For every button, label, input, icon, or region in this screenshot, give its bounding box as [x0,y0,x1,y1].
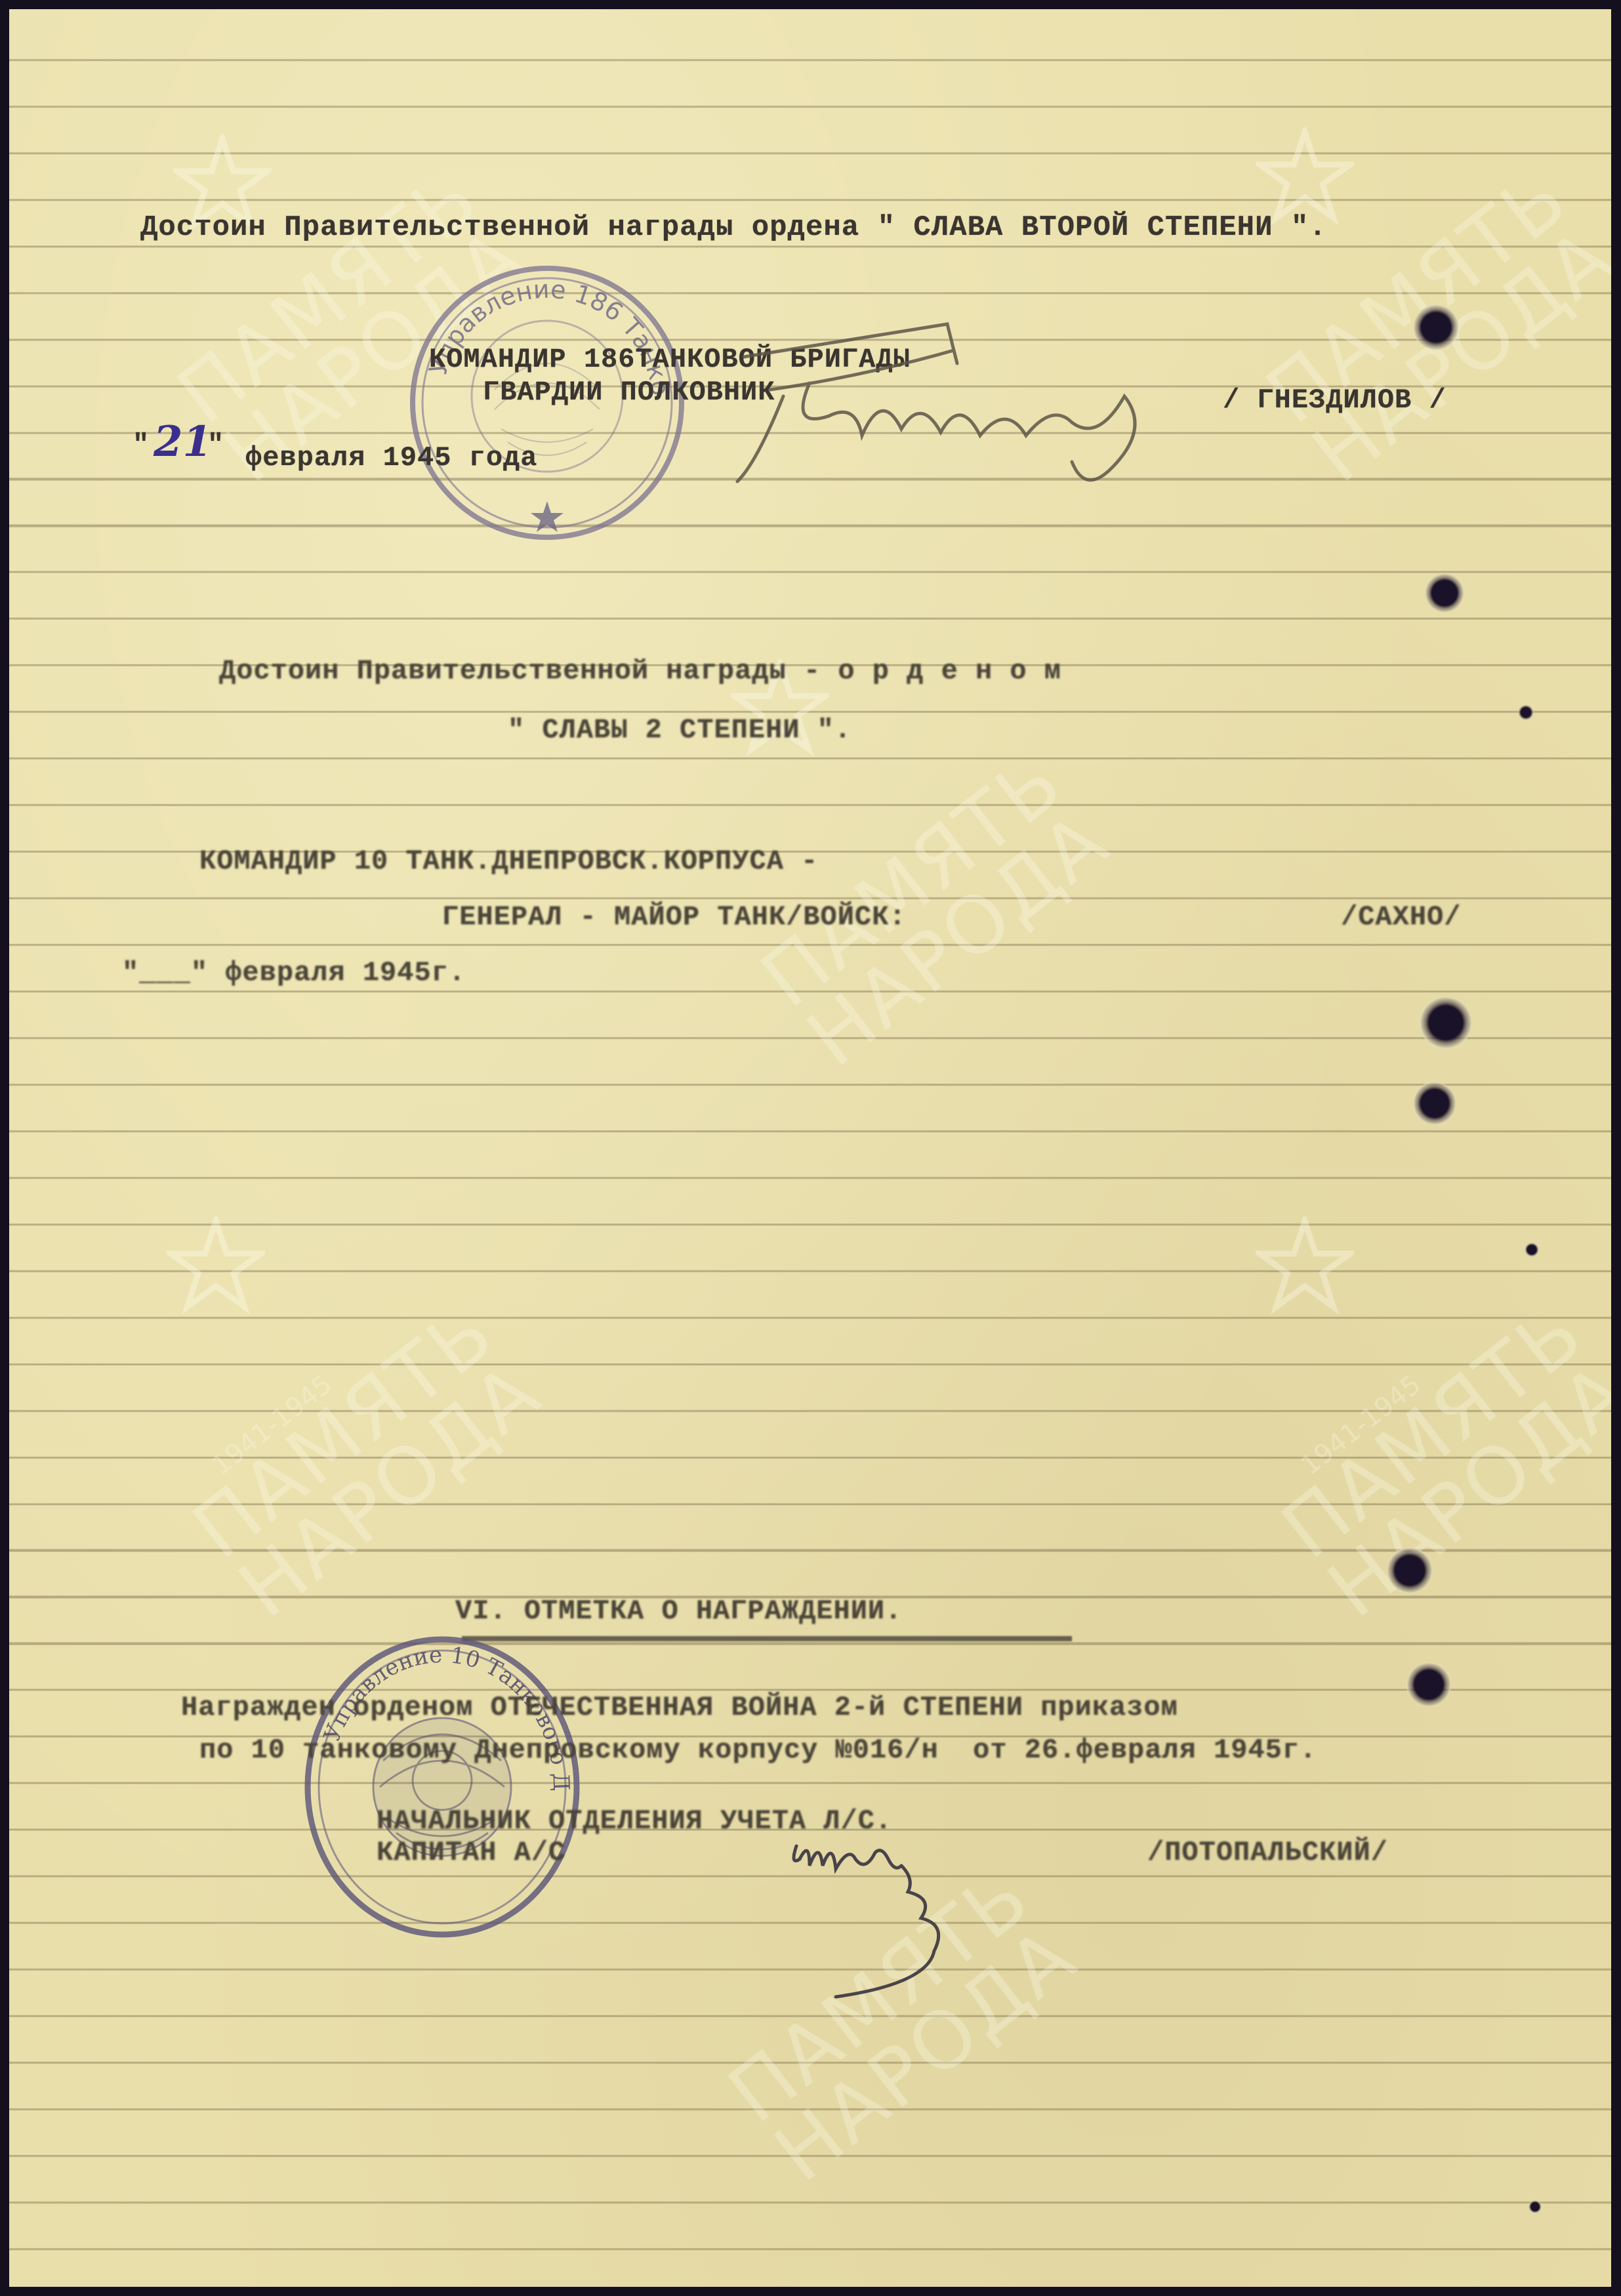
corps-recommendation-1: Достоин Правительственной награды - о р … [219,655,1061,687]
award-mark-heading-underline [462,1636,1072,1641]
punch-hole [1425,573,1464,613]
brigade-date-day: 21 [154,417,212,466]
watermark-star-icon [1256,1216,1354,1315]
corps-signer-title-1: КОМАНДИР 10 ТАНК.ДНЕПРОВСК.КОРПУСА - [199,846,818,877]
brigade-date-quote-close: " [207,429,224,461]
punch-hole [1529,2200,1542,2213]
punch-hole [1387,1548,1433,1593]
corps-signer-name: /САХНО/ [1341,901,1461,933]
brigade-commander-signature [731,311,1229,508]
award-mark-text-2: по 10 танковому Днепровскому корпусу №01… [199,1734,1317,1766]
punch-hole [1413,1082,1456,1125]
award-mark-signer-title-2: КАПИТАН А/С [377,1837,565,1868]
watermark-star-icon [167,1216,265,1315]
award-mark-text-1: Награжден орденом ОТЕЧЕСТВЕННАЯ ВОЙНА 2-… [181,1692,1178,1723]
punch-hole [1413,304,1459,350]
punch-hole [1406,1662,1451,1707]
punch-hole [1420,996,1472,1049]
brigade-date-quote-open: " [133,429,150,461]
award-mark-signer-name: /ПОТОПАЛЬСКИЙ/ [1147,1837,1388,1868]
watermark-mid-left: 1941-1945 ПАМЯТЬ НАРОДА [167,1274,552,1629]
award-mark-heading: VI. ОТМЕТКА О НАГРАЖДЕНИИ. [455,1595,902,1627]
brigade-recommendation: Достоин Правительственной награды ордена… [140,211,1327,244]
corps-date: "___" февраля 1945г. [122,957,466,989]
watermark-mid-right: 1941-1945 ПАМЯТЬ НАРОДА [1256,1274,1611,1629]
punch-hole [1525,1242,1539,1257]
punch-hole [1518,705,1534,720]
document-page: ПАМЯТЬ НАРОДА ПАМЯТЬ НАРОДА ПАМЯТЬ НАРОД… [9,9,1611,2287]
corps-stamp-icon: Управление 10 Танкового Днепровского кор… [298,1630,586,1944]
records-officer-signature [783,1820,1019,2003]
corps-signer-title-2: ГЕНЕРАЛ - МАЙОР ТАНК/ВОЙСК: [442,901,907,933]
brigade-signer-name: / ГНЕЗДИЛОВ / [1223,384,1447,416]
brigade-date: февраля 1945 года [245,442,537,474]
corps-recommendation-2: " СЛАВЫ 2 СТЕПЕНИ ". [508,714,852,746]
